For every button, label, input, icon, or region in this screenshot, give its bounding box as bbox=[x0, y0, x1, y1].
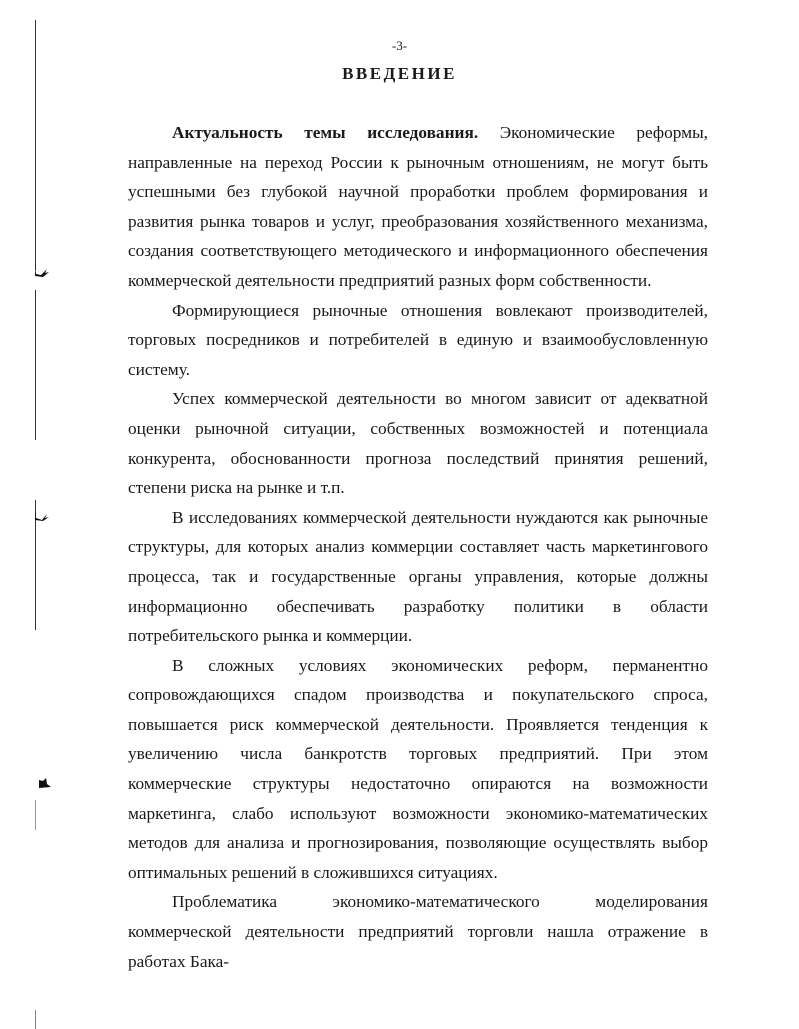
binding-edge-line bbox=[35, 800, 36, 830]
paragraph-text: Экономические реформы, направленные на п… bbox=[128, 123, 708, 290]
page-number: -3- bbox=[0, 38, 799, 54]
paragraph: Проблематика экономико-математического м… bbox=[128, 887, 708, 976]
binding-edge-line bbox=[35, 20, 36, 270]
paragraph: В исследованиях коммерческой деятельност… bbox=[128, 503, 708, 651]
body-text: Актуальность темы исследования. Экономич… bbox=[128, 118, 708, 976]
paragraph: Актуальность темы исследования. Экономич… bbox=[128, 118, 708, 296]
paragraph: Успех коммерческой деятельности во много… bbox=[128, 384, 708, 502]
binding-hole-mark-icon bbox=[33, 510, 51, 521]
section-title: ВВЕДЕНИЕ bbox=[0, 64, 799, 84]
binding-hole-mark-icon bbox=[33, 778, 51, 789]
binding-edge-line bbox=[35, 1010, 36, 1029]
binding-hole-mark-icon bbox=[33, 266, 51, 277]
paragraph: В сложных условиях экономических реформ,… bbox=[128, 651, 708, 888]
binding-edge-line bbox=[35, 290, 36, 440]
paragraph-lead-bold: Актуальность темы исследования. bbox=[172, 123, 478, 142]
paragraph: Формирующиеся рыночные отношения вовлека… bbox=[128, 296, 708, 385]
